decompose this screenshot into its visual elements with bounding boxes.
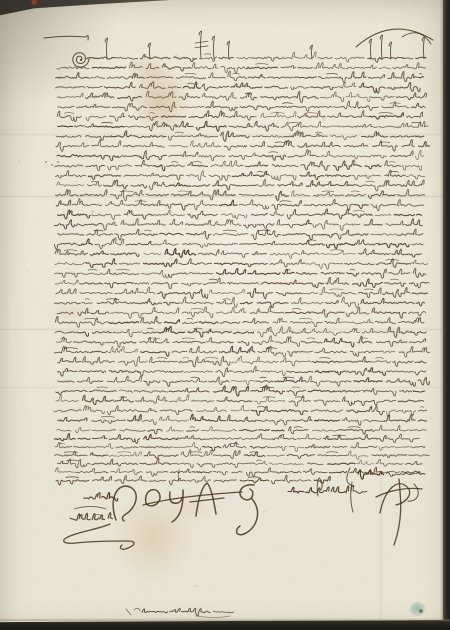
teal-stain-spot xyxy=(410,602,426,616)
red-fleck-spot xyxy=(31,0,38,5)
scan-background-right-edge xyxy=(443,0,450,630)
paper-edge-shadow-right xyxy=(440,0,443,630)
secretary-signature-rubric xyxy=(288,482,424,546)
main-text-block xyxy=(56,58,427,482)
manuscript-scan xyxy=(0,0,450,630)
paper-edge-shadow-bottom xyxy=(0,618,450,621)
lower-left-signature-paraph xyxy=(64,505,136,553)
